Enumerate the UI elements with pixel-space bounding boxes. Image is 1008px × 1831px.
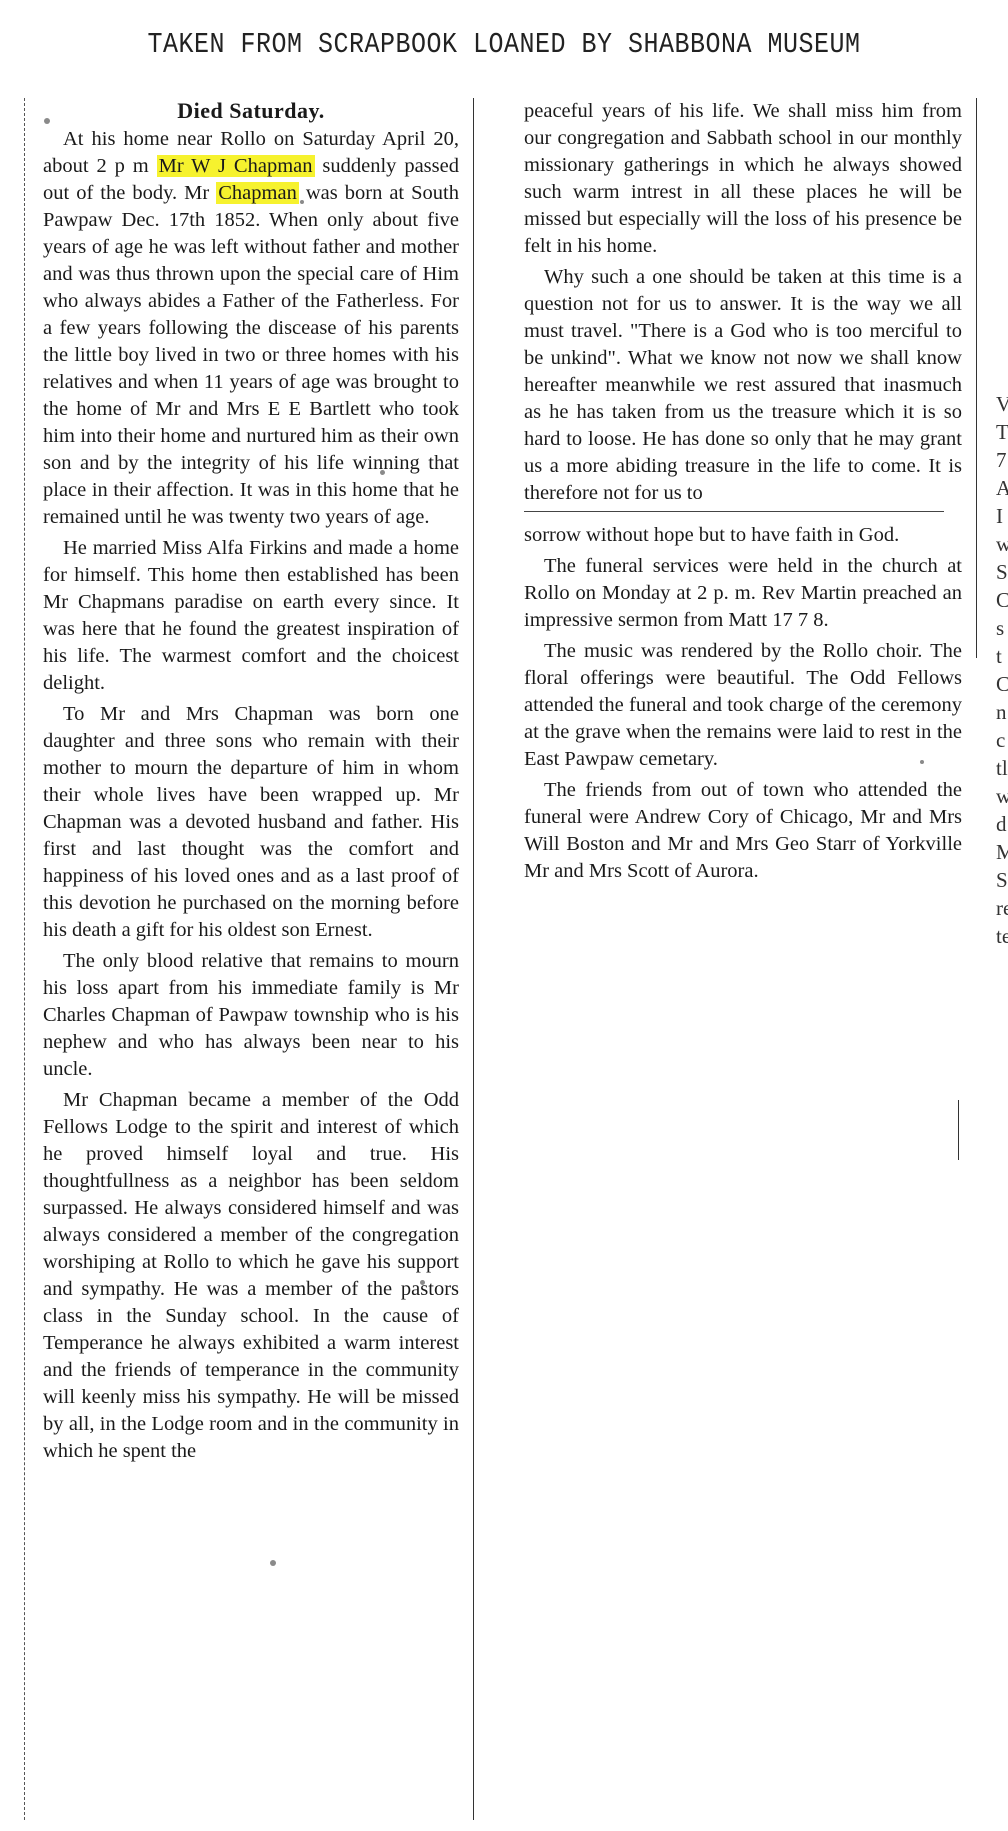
print-speck — [920, 760, 924, 764]
article-paragraph-1: At his home near Rollo on Saturday April… — [43, 126, 459, 531]
article-paragraph-4: The only blood relative that remains to … — [43, 948, 459, 1083]
scrapbook-source-header: TAKEN FROM SCRAPBOOK LOANED BY SHABBONA … — [0, 28, 1008, 61]
print-speck — [300, 200, 304, 204]
article-paragraph-2: He married Miss Alfa Firkins and made a … — [43, 535, 459, 697]
print-speck — [380, 470, 385, 475]
article-paragraph-friends: The friends from out of town who attende… — [524, 777, 962, 885]
article-headline: Died Saturday. — [43, 98, 459, 124]
article-paragraph-6-continued: sorrow without hope but to have faith in… — [524, 522, 962, 549]
adjacent-clipping-fragment: V T 7 A I w S C s t C n c tl w d M S re … — [996, 390, 1008, 1110]
article-left-column: Died Saturday. At his home near Rollo on… — [24, 98, 474, 1820]
print-speck — [420, 1280, 425, 1285]
article-paragraph-6: Why such a one should be taken at this t… — [524, 264, 962, 507]
highlighted-name: Chapman — [216, 182, 299, 204]
article-right-column: peaceful years of his life. We shall mis… — [516, 98, 978, 1168]
highlighted-name: Mr W J Chapman — [157, 155, 315, 177]
print-speck — [270, 1560, 276, 1566]
paragraph-text: was born at South Pawpaw Dec. 17th 1852.… — [43, 182, 459, 528]
column-rule — [976, 98, 977, 658]
print-speck — [44, 118, 50, 124]
article-paragraph-5: Mr Chapman became a member of the Odd Fe… — [43, 1087, 459, 1465]
article-paragraph-funeral: The funeral services were held in the ch… — [524, 553, 962, 634]
column-rule — [958, 1100, 959, 1160]
article-paragraph-3: To Mr and Mrs Chapman was born one daugh… — [43, 701, 459, 944]
clipping-tear-line — [524, 511, 944, 512]
article-continuation-paragraph: peaceful years of his life. We shall mis… — [524, 98, 962, 260]
article-paragraph-music: The music was rendered by the Rollo choi… — [524, 638, 962, 773]
